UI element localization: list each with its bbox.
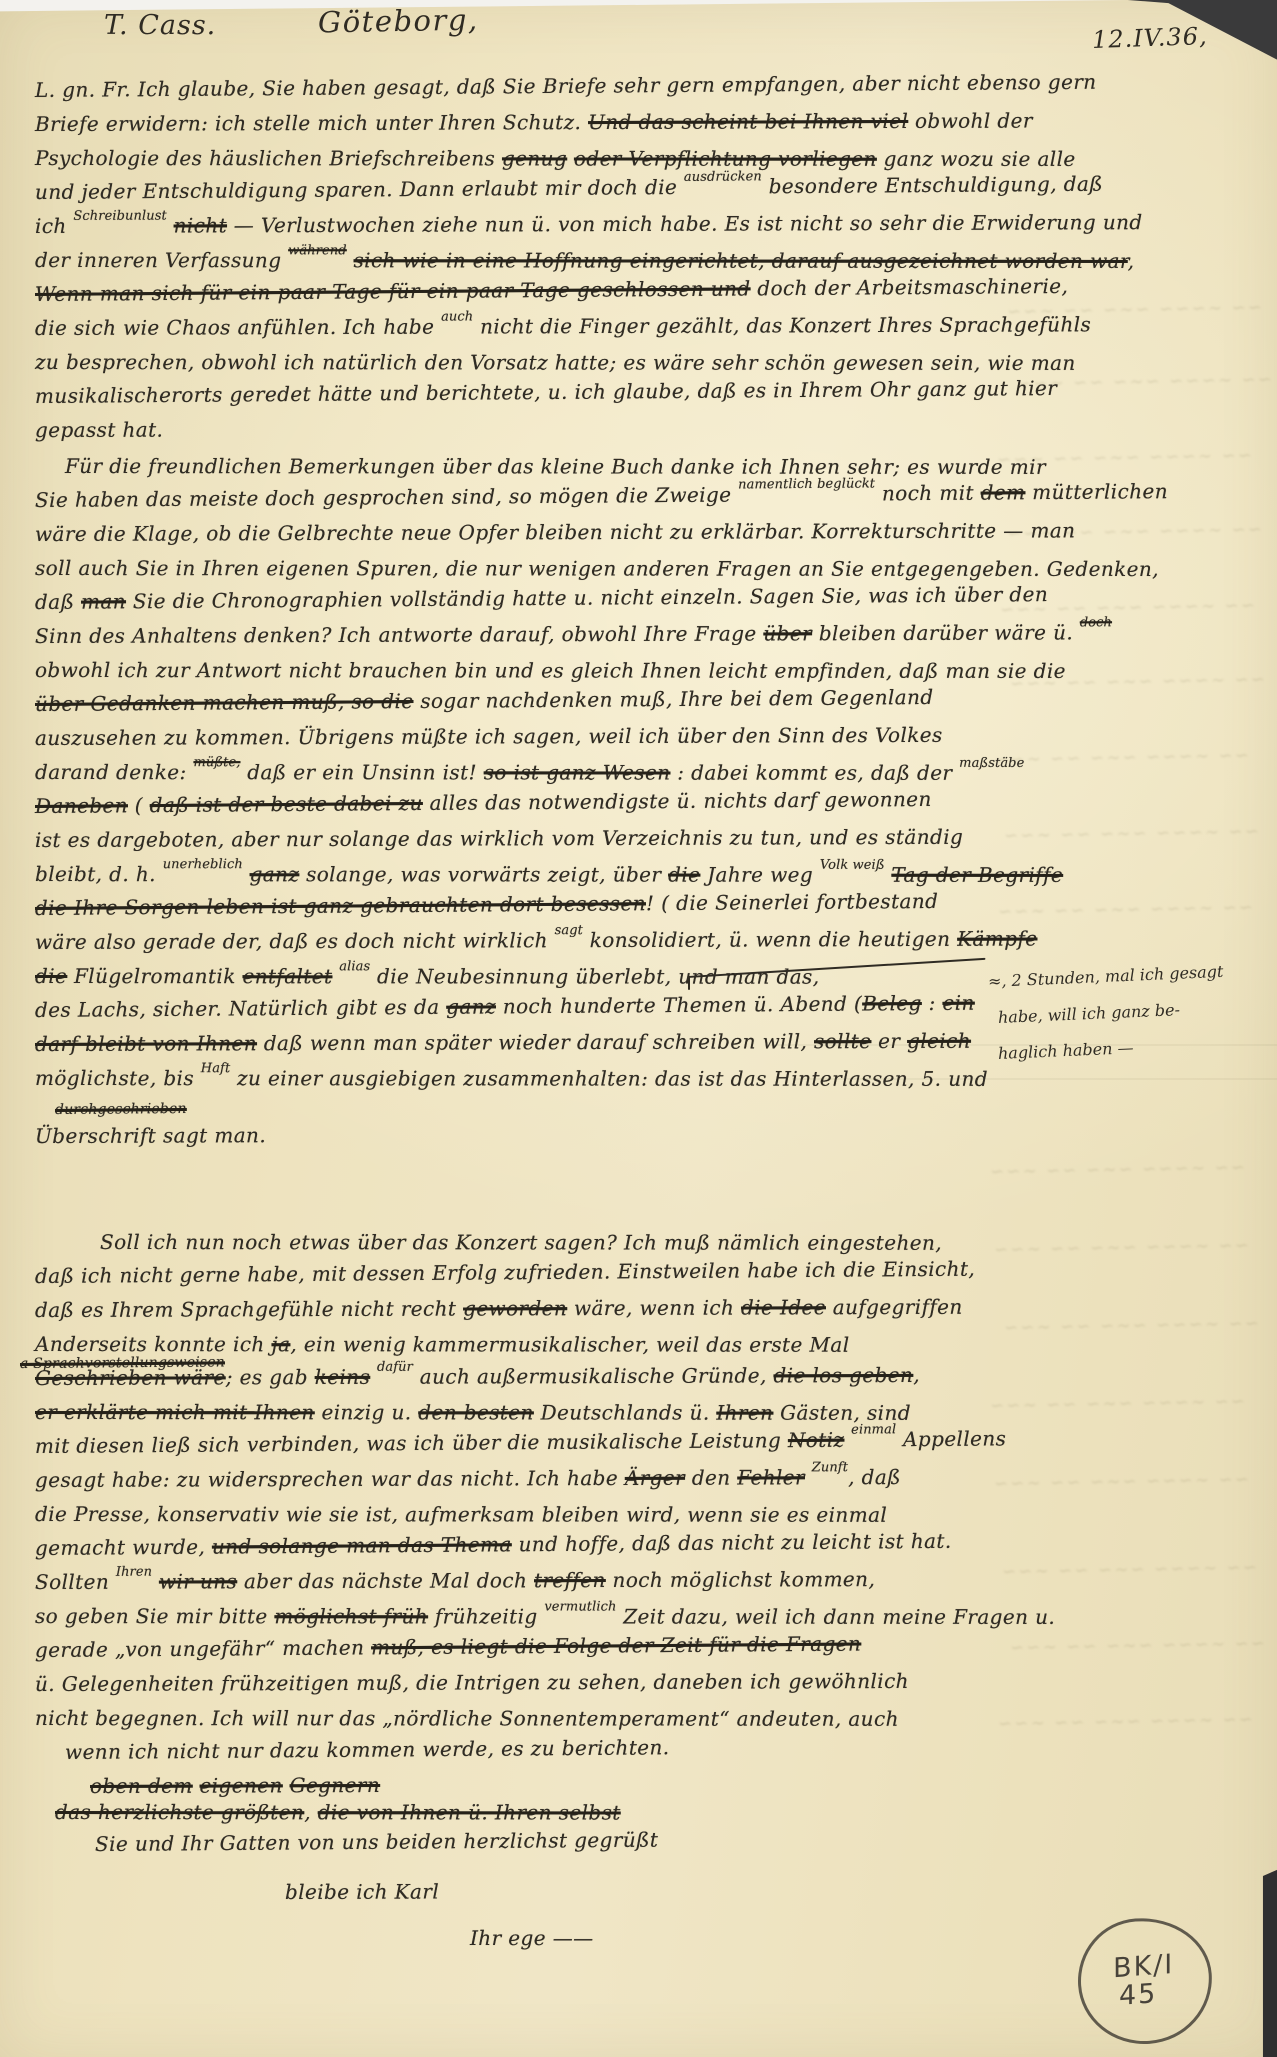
handwritten-line: und jeder Entschuldigung sparen. Dann er…: [35, 172, 1103, 204]
struck-text: treffen: [534, 1568, 606, 1592]
handwritten-line: ü. Gelegenheiten frühzeitigen muß, die I…: [35, 1669, 909, 1696]
struck-text: Fehler: [737, 1465, 805, 1489]
struck-text: geworden: [463, 1296, 567, 1320]
handwritten-text: bleibe ich Karl: [285, 1879, 439, 1904]
handwritten-text: so geben Sie mir bitte: [35, 1604, 274, 1628]
handwritten-text: zu besprechen, obwohl ich natürlich den …: [35, 350, 1076, 375]
handwritten-text: wäre, wenn ich: [567, 1296, 741, 1321]
bleed-through-mark: ∼∼ ∽∼∼∼ ∼∽∼ ∼∼ ∽∼∼: [996, 1710, 1253, 1734]
handwritten-text: ; es gab: [226, 1365, 315, 1389]
handwritten-line: Wenn man sich für ein paar Tage für ein …: [35, 274, 1068, 306]
handwritten-line: gepasst hat.: [35, 418, 163, 442]
inserted-text: Volk weiß: [820, 858, 885, 873]
handwritten-text: und jeder Entschuldigung sparen. Dann er…: [35, 175, 684, 204]
struck-text: die: [668, 863, 700, 887]
handwritten-text: die Presse, konservativ wie sie ist, auf…: [35, 1502, 887, 1527]
handwritten-line: durchgeschrieben: [55, 1101, 187, 1118]
handwritten-text: noch hunderte Themen ü. Abend (: [496, 992, 862, 1019]
handwritten-line: daß es Ihrem Sprachgefühle nicht recht g…: [35, 1295, 963, 1322]
handwritten-line: gerade „von ungefähr“ machen muß, es lie…: [35, 1632, 861, 1662]
handwritten-line: darf bleibt von Ihnen daß wenn man späte…: [35, 1029, 971, 1056]
struck-text: Und das scheint bei Ihnen viel: [588, 109, 908, 134]
handwritten-text: :: [922, 991, 943, 1015]
handwritten-text: Für die freundlichen Bemerkungen über da…: [65, 454, 1046, 479]
handwritten-text: gemacht wurde,: [35, 1535, 212, 1560]
handwritten-text: ich: [35, 214, 74, 238]
inserted-text: vermutlich: [544, 1599, 616, 1614]
handwritten-line: oben dem eigenen Gegnern: [90, 1773, 380, 1798]
handwritten-text: besondere Entschuldigung, daß: [762, 172, 1103, 199]
handwritten-line: Sie haben das meiste doch gesprochen sin…: [35, 479, 1168, 512]
bleed-through-mark: ∼∼ ∽∼∼∼ ∼∽∼ ∼∼ ∽∼∼: [1002, 1314, 1259, 1338]
archive-stamp: BK/I 45: [1074, 1913, 1216, 2048]
handwritten-text: Flügelromantik: [67, 964, 242, 988]
handwritten-text: des Lachs, sicher. Natürlich gibt es da: [35, 995, 446, 1022]
struck-text: man: [81, 589, 126, 613]
handwritten-line: ich Schreibunlust nicht — Verlustwochen …: [35, 210, 1143, 238]
handwritten-text: auszusehen zu kommen. Übrigens müßte ich…: [35, 723, 943, 750]
struck-text: muß, es liegt die Folge der Zeit für die…: [371, 1632, 861, 1660]
bleed-through-mark: ∼∼ ∽∼∼∼ ∼∽∼ ∼∼ ∽∼∼: [1008, 1634, 1265, 1658]
struck-text: durchgeschrieben: [55, 1101, 187, 1118]
handwritten-text: Sie und Ihr Gatten von uns beiden herzli…: [95, 1828, 658, 1856]
inserted-text: Haft: [201, 1061, 231, 1076]
struck-text: oder Verpflichtung vorliegen: [574, 146, 877, 170]
handwritten-text: ! ( die Seinerlei fortbestand: [646, 889, 939, 915]
handwritten-line: Soll ich nun noch etwas über das Konzert…: [100, 1230, 942, 1255]
bleed-through-mark: ∼∼ ∽∼∼∼ ∼∽∼ ∼∼ ∽∼∼: [1002, 822, 1259, 846]
handwritten-text: — Verlustwochen ziehe nun ü. von mich ha…: [227, 210, 1143, 237]
struck-text: sollte: [814, 1029, 871, 1053]
handwritten-text: obwohl der: [908, 109, 1033, 133]
handwritten-text: daß er ein Unsinn ist!: [240, 760, 483, 784]
struck-text: ganz: [446, 994, 496, 1018]
handwritten-text: Psychologie des häuslichen Briefschreibe…: [35, 146, 502, 170]
handwritten-text: Deutschlands ü.: [534, 1400, 717, 1424]
handwritten-text: [332, 964, 339, 988]
struck-text: Beleg: [862, 991, 922, 1015]
handwritten-text: gepasst hat.: [35, 418, 163, 442]
handwritten-text: solange, was vorwärts zeigt, über: [299, 862, 668, 886]
handwritten-text: möglichste, bis: [35, 1066, 201, 1090]
handwritten-line: zu besprechen, obwohl ich natürlich den …: [35, 350, 1076, 375]
struck-text: daß ist der beste dabei zu: [150, 791, 423, 817]
struck-text: sich wie in eine Hoffnung eingerichtet, …: [353, 248, 1127, 273]
handwritten-text: ,: [913, 1363, 920, 1387]
struck-text: das herzlichste größten: [55, 1800, 304, 1824]
inserted-text: unerheblich: [163, 857, 243, 872]
handwritten-text: die sich wie Chaos anfühlen. Ich habe: [35, 315, 441, 340]
date-note: 12.IV.36,: [1092, 22, 1209, 54]
addressee-note: T. Cass.: [104, 10, 216, 41]
struck-text: entfaltet: [242, 964, 332, 988]
handwritten-line: Ihr ege ——: [470, 1926, 594, 1950]
bleed-through-mark: ∼∼ ∽∼∼∼ ∼∽∼ ∼∼ ∽∼∼: [988, 1392, 1245, 1416]
letter-sheet: T. Cass. Göteborg, 12.IV.36, ∼∼ ∽∼∼∼ ∼∽∼…: [0, 0, 1277, 2057]
handwritten-text: Appellens: [896, 1426, 1006, 1451]
handwritten-text: Sie haben das meiste doch gesprochen sin…: [35, 482, 738, 512]
bleed-through-mark: ∼∼ ∽∼∼∼ ∼∽∼ ∼∼ ∽∼∼: [992, 1470, 1249, 1494]
archive-stamp-number: 45: [1119, 1980, 1157, 2011]
handwritten-line: die Presse, konservativ wie sie ist, auf…: [35, 1502, 887, 1527]
struck-text: keins: [315, 1365, 371, 1389]
handwritten-text: [567, 146, 574, 170]
bleed-through-mark: ∼∼ ∽∼∼∼ ∼∽∼ ∼∼ ∽∼∼: [996, 898, 1253, 922]
handwritten-line: gesagt habe: zu widersprechen war das ni…: [35, 1465, 901, 1492]
handwritten-text: Anderseits konnte ich: [35, 1332, 271, 1356]
scan-canvas: { "scan": { "paper_color": "#ece1bd", "b…: [0, 0, 1277, 2057]
handwritten-line: auszusehen zu kommen. Übrigens müßte ich…: [35, 723, 943, 750]
handwritten-line: musikalischerorts geredet hätte und beri…: [35, 376, 1057, 408]
inserted-text: sagt: [555, 923, 583, 938]
handwritten-text: ,: [1128, 249, 1135, 273]
handwritten-line: des Lachs, sicher. Natürlich gibt es da …: [35, 991, 975, 1022]
inserted-text: Schreibunlust: [73, 209, 166, 224]
handwritten-line: bleibt, d. h. unerheblich ganz solange, …: [35, 862, 1063, 887]
handwritten-line: nicht begegnen. Ich will nur das „nördli…: [35, 1706, 899, 1731]
struck-text: Notiz: [788, 1428, 845, 1452]
handwritten-line: Sinn des Anhaltens denken? Ich antworte …: [35, 620, 1112, 648]
handwritten-line: daß man Sie die Chronographien vollständ…: [35, 582, 1048, 614]
inserted-text: namentlich beglückt: [738, 476, 875, 492]
handwritten-line: Sollten Ihren wir uns aber das nächste M…: [35, 1567, 875, 1594]
handwritten-line: wenn ich nicht nur dazu kommen werde, es…: [65, 1735, 670, 1764]
struck-text: Tag der Begriffe: [891, 863, 1063, 887]
handwritten-text: gerade „von ungefähr“ machen: [35, 1635, 371, 1662]
struck-text: die Idee: [741, 1295, 826, 1319]
handwritten-text: wäre also gerade der, daß es doch nicht …: [35, 928, 555, 954]
inserted-text: einmal: [851, 1422, 896, 1437]
handwritten-text: [243, 862, 250, 886]
handwritten-line: die sich wie Chaos anfühlen. Ich habe au…: [35, 312, 1091, 340]
handwritten-text: musikalischerorts geredet hätte und beri…: [35, 376, 1057, 408]
inserted-text: alias: [339, 959, 370, 974]
handwritten-text: konsolidiert, ü. wenn die heutigen: [583, 927, 957, 952]
place-note: Göteborg,: [318, 3, 479, 40]
scanner-backdrop-edge: [1262, 1868, 1277, 2057]
inserted-text: Zunft: [812, 1460, 848, 1475]
handwritten-text: bleibt, d. h.: [35, 862, 163, 886]
handwritten-text: nicht begegnen. Ich will nur das „nördli…: [35, 1706, 899, 1731]
struck-text: Daneben: [35, 793, 128, 818]
struck-text: so ist ganz Wesen: [484, 760, 671, 784]
struck-text: Geschrieben wäre: [35, 1365, 226, 1390]
handwritten-text: daß: [35, 590, 81, 614]
handwritten-text: L. gn. Fr. Ich glaube, Sie haben gesagt,…: [35, 70, 1097, 102]
handwritten-text: obwohl ich zur Antwort nicht brauchen bi…: [35, 658, 1066, 683]
handwritten-line: Briefe erwidern: ich stelle mich unter I…: [35, 109, 1033, 136]
struck-text: wir uns: [159, 1569, 237, 1593]
handwritten-line: das herzlichste größten, die von Ihnen ü…: [55, 1800, 621, 1824]
handwritten-text: sogar nachdenken muß, Ihre bei dem Gegen…: [413, 685, 933, 713]
handwritten-text: Soll ich nun noch etwas über das Konzert…: [100, 1230, 942, 1255]
handwritten-text: den: [685, 1466, 737, 1490]
inserted-text: ausdrücken: [684, 169, 762, 185]
handwritten-line: Daneben ( daß ist der beste dabei zu all…: [35, 787, 932, 818]
handwritten-line: über Gedanken machen muß, so die sogar n…: [35, 685, 934, 716]
handwritten-text: alles das notwendigste ü. nichts darf ge…: [423, 787, 932, 815]
handwritten-text: mit diesen ließ sich verbinden, was ich …: [35, 1428, 788, 1458]
struck-text: über: [763, 621, 812, 645]
handwritten-text: Sinn des Anhaltens denken? Ich antworte …: [35, 621, 763, 648]
handwritten-line: Für die freundlichen Bemerkungen über da…: [65, 454, 1046, 479]
handwritten-text: mütterlichen: [1025, 479, 1168, 504]
handwritten-text: gesagt habe: zu widersprechen war das ni…: [35, 1466, 625, 1492]
struck-text: dem: [981, 480, 1026, 504]
margin-note-line: haglich haben —: [998, 1038, 1134, 1063]
struck-text: während: [288, 243, 347, 258]
margin-note-line: ≈, 2 Stunden, mal ich gesagt: [988, 962, 1224, 991]
handwritten-line: wäre also gerade der, daß es doch nicht …: [35, 927, 1038, 954]
handwritten-line: bleibe ich Karl: [285, 1879, 439, 1904]
handwritten-text: einzig u.: [315, 1400, 419, 1424]
struck-text: müßte,: [193, 755, 240, 770]
struck-text: Wenn man sich für ein paar Tage für ein …: [35, 276, 751, 306]
handwritten-text: die Neubesinnung überlebt, und man das,: [370, 964, 819, 988]
bleed-through-mark: ∼∼ ∽∼∼∼ ∼∽∼ ∼∼ ∽∼∼: [992, 746, 1249, 770]
handwritten-line: die Ihre Sorgen leben ist ganz gebraucht…: [35, 889, 938, 920]
handwritten-text: daß ich nicht gerne habe, mit dessen Erf…: [35, 1257, 975, 1288]
handwritten-line: Anderseits konnte ich ja, ein wenig kamm…: [35, 1332, 850, 1357]
bleed-through-mark: ∼∼ ∽∼∼∼ ∼∽∼ ∼∼ ∽∼∼: [988, 1158, 1245, 1182]
struck-text: Ärger: [625, 1466, 685, 1490]
handwritten-text: aufgegriffen: [826, 1295, 963, 1319]
inserted-text: Ihren: [116, 1565, 152, 1580]
handwritten-text: , daß: [848, 1465, 901, 1489]
handwritten-text: und hoffe, daß das nicht zu leicht ist h…: [512, 1529, 952, 1556]
handwritten-text: darand denke:: [35, 760, 193, 784]
handwritten-text: Jahre weg: [700, 863, 819, 887]
struck-text: gleich: [907, 1029, 971, 1053]
handwritten-text: zu einer ausgiebigen zusammenhalten: das…: [230, 1066, 988, 1091]
struck-text: ein: [942, 991, 975, 1015]
struck-text: die von Ihnen ü. Ihren selbst: [318, 1800, 621, 1824]
inserted-text: auch: [441, 309, 473, 324]
handwritten-line: Geschrieben wäre; es gab keins dafür auc…: [35, 1363, 920, 1390]
handwritten-line: Sie und Ihr Gatten von uns beiden herzli…: [95, 1828, 658, 1856]
struck-text: die Ihre Sorgen leben ist ganz gebraucht…: [35, 891, 646, 920]
handwritten-text: doch der Arbeitsmaschinerie,: [750, 274, 1068, 300]
handwritten-text: Überschrift sagt man.: [35, 1123, 266, 1148]
handwritten-text: noch mit: [875, 481, 981, 506]
handwritten-line: der inneren Verfassung während sich wie …: [35, 248, 1134, 273]
handwritten-text: ü. Gelegenheiten frühzeitigen muß, die I…: [35, 1669, 909, 1696]
handwritten-text: soll auch Sie in Ihren eigenen Spuren, d…: [35, 556, 1159, 581]
handwritten-line: mit diesen ließ sich verbinden, was ich …: [35, 1426, 1006, 1458]
struck-text: darf bleibt von Ihnen: [35, 1031, 257, 1056]
handwritten-text: wäre die Klage, ob die Gelbrechte neue O…: [35, 518, 1075, 546]
handwritten-line: wäre die Klage, ob die Gelbrechte neue O…: [35, 518, 1075, 546]
struck-text: die: [35, 964, 67, 988]
handwritten-text: noch möglichst kommen,: [606, 1567, 876, 1592]
handwritten-text: : dabei kommt es, daß der: [670, 761, 959, 785]
handwritten-text: ganz wozu sie alle: [877, 147, 1076, 171]
struck-text: er erklärte mich mit Ihnen: [35, 1400, 315, 1424]
handwritten-text: Sie die Chronographien vollständig hatte…: [126, 582, 1048, 613]
struck-text: eigenen: [199, 1773, 282, 1797]
handwritten-text: bleiben darüber wäre ü.: [812, 620, 1080, 645]
handwritten-text: , ein wenig kammermusikalischer, weil da…: [290, 1332, 849, 1356]
handwritten-line: L. gn. Fr. Ich glaube, Sie haben gesagt,…: [35, 70, 1097, 102]
handwritten-text: ist es dargeboten, aber nur solange das …: [35, 825, 963, 852]
handwritten-text: [347, 248, 354, 272]
handwritten-text: daß wenn man später wieder darauf schrei…: [257, 1029, 814, 1055]
handwritten-text: frühzeitig: [428, 1604, 544, 1628]
handwritten-text: Briefe erwidern: ich stelle mich unter I…: [35, 110, 588, 136]
handwritten-text: (: [128, 793, 150, 817]
handwritten-line: möglichste, bis Haft zu einer ausgiebige…: [35, 1066, 988, 1091]
struck-text: nicht: [174, 213, 227, 237]
struck-text: ja: [271, 1332, 290, 1356]
handwritten-line: Überschrift sagt man.: [35, 1123, 266, 1148]
handwritten-text: Sollten: [35, 1570, 116, 1594]
struck-text: möglichst früh: [274, 1604, 428, 1628]
handwritten-text: auch außermusikalische Gründe,: [413, 1363, 774, 1388]
struck-text: genug: [502, 146, 567, 170]
handwritten-line: so geben Sie mir bitte möglichst früh fr…: [35, 1604, 1055, 1629]
handwritten-line: gemacht wurde, und solange man das Thema…: [35, 1529, 952, 1560]
handwritten-text: Zeit dazu, weil ich dann meine Fragen u.: [616, 1605, 1055, 1629]
struck-text: doch: [1080, 615, 1112, 630]
handwritten-text: Gästen, sind: [773, 1401, 911, 1425]
handwritten-line: obwohl ich zur Antwort nicht brauchen bi…: [35, 658, 1066, 683]
struck-text: Gegnern: [290, 1773, 381, 1797]
handwritten-line: ist es dargeboten, aber nur solange das …: [35, 825, 963, 852]
handwritten-text: ,: [304, 1800, 318, 1824]
struck-text: den besten: [418, 1400, 534, 1424]
bleed-through-mark: ∼∼ ∽∼∼∼ ∼∽∼ ∼∼ ∽∼∼: [1000, 1558, 1257, 1582]
handwritten-line: soll auch Sie in Ihren eigenen Spuren, d…: [35, 556, 1159, 581]
handwritten-line: darand denke: müßte, daß er ein Unsinn i…: [35, 760, 1024, 785]
handwritten-text: wenn ich nicht nur dazu kommen werde, es…: [65, 1735, 670, 1764]
struck-text: und solange man das Thema: [212, 1532, 512, 1558]
margin-note-line: habe, will ich ganz be-: [998, 1000, 1181, 1027]
handwritten-text: der inneren Verfassung: [35, 248, 288, 272]
struck-text: die los geben: [773, 1363, 913, 1387]
struck-text: oben dem: [90, 1774, 193, 1798]
struck-text: über Gedanken machen muß, so die: [35, 689, 414, 716]
handwritten-line: Psychologie des häuslichen Briefschreibe…: [35, 146, 1076, 171]
handwritten-line: er erklärte mich mit Ihnen einzig u. den…: [35, 1400, 911, 1425]
handwritten-text: er: [871, 1029, 907, 1053]
inserted-text: dafür: [377, 1360, 413, 1375]
bleed-through-mark: ∼∼ ∽∼∼∼ ∼∽∼ ∼∼ ∽∼∼: [992, 1236, 1249, 1260]
handwritten-text: daß es Ihrem Sprachgefühle nicht recht: [35, 1297, 463, 1322]
handwritten-text: aber das nächste Mal doch: [237, 1568, 534, 1593]
struck-text: ganz: [250, 862, 300, 886]
handwritten-line: daß ich nicht gerne habe, mit dessen Erf…: [35, 1257, 975, 1288]
inserted-text: maßstäbe: [959, 756, 1024, 771]
struck-text: Ihren: [716, 1401, 773, 1425]
struck-text: Kämpfe: [957, 927, 1037, 951]
handwritten-text: nicht die Finger gezählt, das Konzert Ih…: [473, 312, 1091, 338]
handwritten-text: Ihr ege ——: [470, 1926, 594, 1950]
